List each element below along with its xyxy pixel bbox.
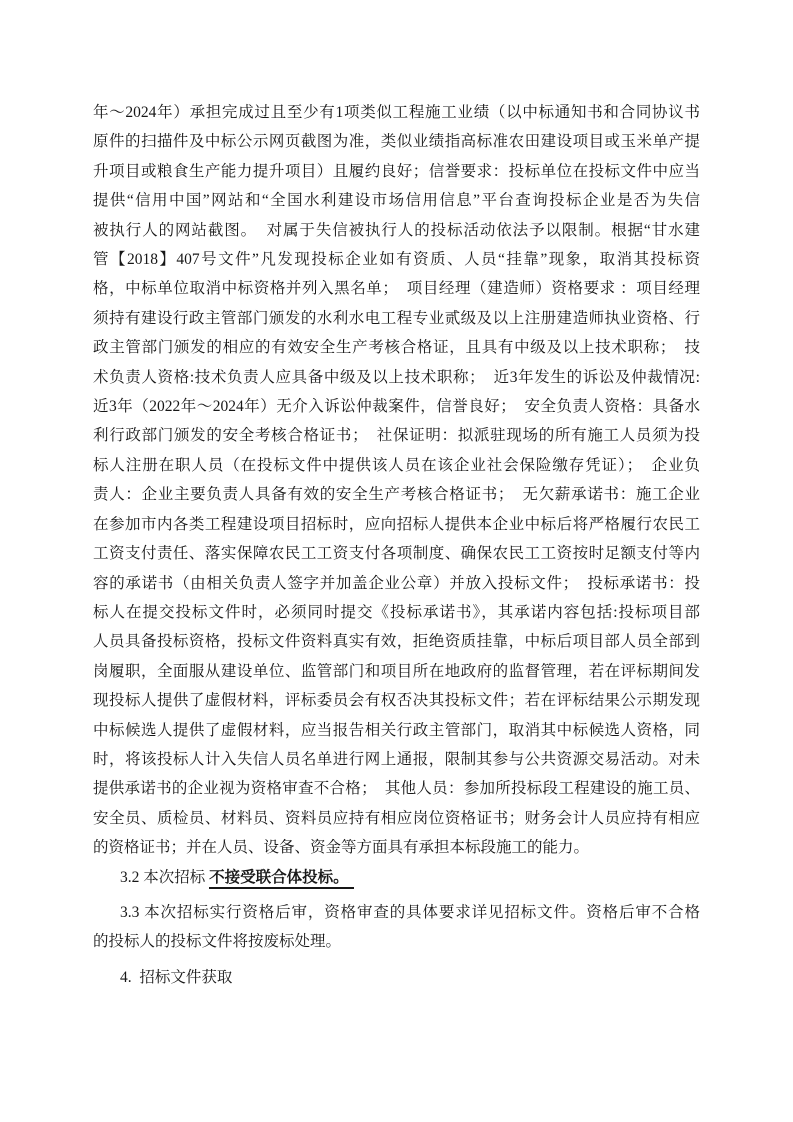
paragraph-line: 术负责人资格:技术负责人应具备中级及以上技术职称； 近3年发生的诉讼及仲裁情况: — [93, 363, 700, 392]
paragraph-line: 的资格证书；并在人员、设备、资金等方面具有承担本标段施工的能力。 — [93, 833, 700, 862]
paragraph-line: 岗履职，全面服从建设单位、监管部门和项目所在地政府的监督管理，若在评标期间发 — [93, 657, 700, 686]
paragraph-line: 须持有建设行政主管部门颁发的水利水电工程专业贰级及以上注册建造师执业资格、行 — [93, 304, 700, 333]
paragraph-line: 现投标人提供了虚假材料，评标委员会有权否决其投标文件；若在评标结果公示期发现 — [93, 686, 700, 715]
paragraph-line: 年～2024年）承担完成过且至少有1项类似工程施工业绩（以中标通知书和合同协议书 — [93, 98, 700, 127]
paragraph-line: 近3年（2022年～2024年）无介入诉讼仲裁案件，信誉良好； 安全负责人资格：… — [93, 392, 700, 421]
section-3-3-line: 的投标人的投标文件将按废标处理。 — [93, 927, 700, 956]
paragraph-line: 在参加市内各类工程建设项目招标时，应向招标人提供本企业中标后将严格履行农民工 — [93, 510, 700, 539]
paragraph-line: 容的承诺书（由相关负责人签字并加盖企业公章）并放入投标文件； 投标承诺书：投 — [93, 569, 700, 598]
paragraph-line: 工资支付责任、落实保障农民工工资支付各项制度、确保农民工工资按时足额支付等内 — [93, 539, 700, 568]
document-page: 年～2024年）承担完成过且至少有1项类似工程施工业绩（以中标通知书和合同协议书… — [0, 0, 793, 1122]
section-3-2-prefix: 3.2 本次招标 — [120, 869, 209, 886]
paragraph-line: 政主管部门颁发的相应的有效安全生产考核合格证，且具有中级及以上技术职称； 技 — [93, 333, 700, 362]
paragraph-line: 标人在提交投标文件时，必须同时提交《投标承诺书》，其承诺内容包括:投标项目部 — [93, 598, 700, 627]
section-4-heading: 4. 招标文件获取 — [93, 963, 700, 992]
paragraph-line: 提供承诺书的企业视为资格审查不合格； 其他人员：参加所投标段工程建设的施工员、 — [93, 774, 700, 803]
paragraph-line: 时，将该投标人计入失信人员名单进行网上通报，限制其参与公共资源交易活动。对未 — [93, 745, 700, 774]
paragraph-line: 安全员、质检员、材料员、资料员应持有相应岗位资格证书；财务会计人员应持有相应 — [93, 804, 700, 833]
paragraph-line: 被执行人的网站截图。 对属于失信被执行人的投标活动依法予以限制。根据“甘水建 — [93, 216, 700, 245]
section-3-2-line: 3.2 本次招标 不接受联合体投标。 — [93, 863, 700, 892]
paragraph-line: 责人：企业主要负责人具备有效的安全生产考核合格证书； 无欠薪承诺书：施工企业 — [93, 480, 700, 509]
paragraph-line: 提供“信用中国”网站和“全国水利建设市场信用信息”平台查询投标企业是否为失信 — [93, 186, 700, 215]
no-consortium-emphasis: 不接受联合体投标。 — [209, 869, 354, 889]
paragraph-line: 标人注册在职人员（在投标文件中提供该人员在该企业社会保险缴存凭证）； 企业负 — [93, 451, 700, 480]
paragraph-line: 中标候选人提供了虚假材料，应当报告相关行政主管部门，取消其中标候选人资格，同 — [93, 716, 700, 745]
paragraph-line: 格，中标单位取消中标资格并列入黑名单； 项目经理（建造师）资格要求 ：项目经理 — [93, 274, 700, 303]
paragraph-line: 升项目或粮食生产能力提升项目）且履约良好；信誉要求：投标单位在投标文件中应当 — [93, 157, 700, 186]
paragraph-line: 原件的扫描件及中标公示网页截图为准，类似业绩指高标准农田建设项目或玉米单产提 — [93, 127, 700, 156]
paragraph-line: 利行政部门颁发的安全考核合格证书； 社保证明：拟派驻现场的所有施工人员须为投 — [93, 421, 700, 450]
paragraph-line: 人员具备投标资格，投标文件资料真实有效，拒绝资质挂靠，中标后项目部人员全部到 — [93, 627, 700, 656]
section-3-3-line: 3.3 本次招标实行资格后审，资格审查的具体要求详见招标文件。资格后审不合格 — [93, 898, 700, 927]
paragraph-line: 管【2018】407号文件”凡发现投标企业如有资质、人员“挂靠”现象，取消其投标… — [93, 245, 700, 274]
